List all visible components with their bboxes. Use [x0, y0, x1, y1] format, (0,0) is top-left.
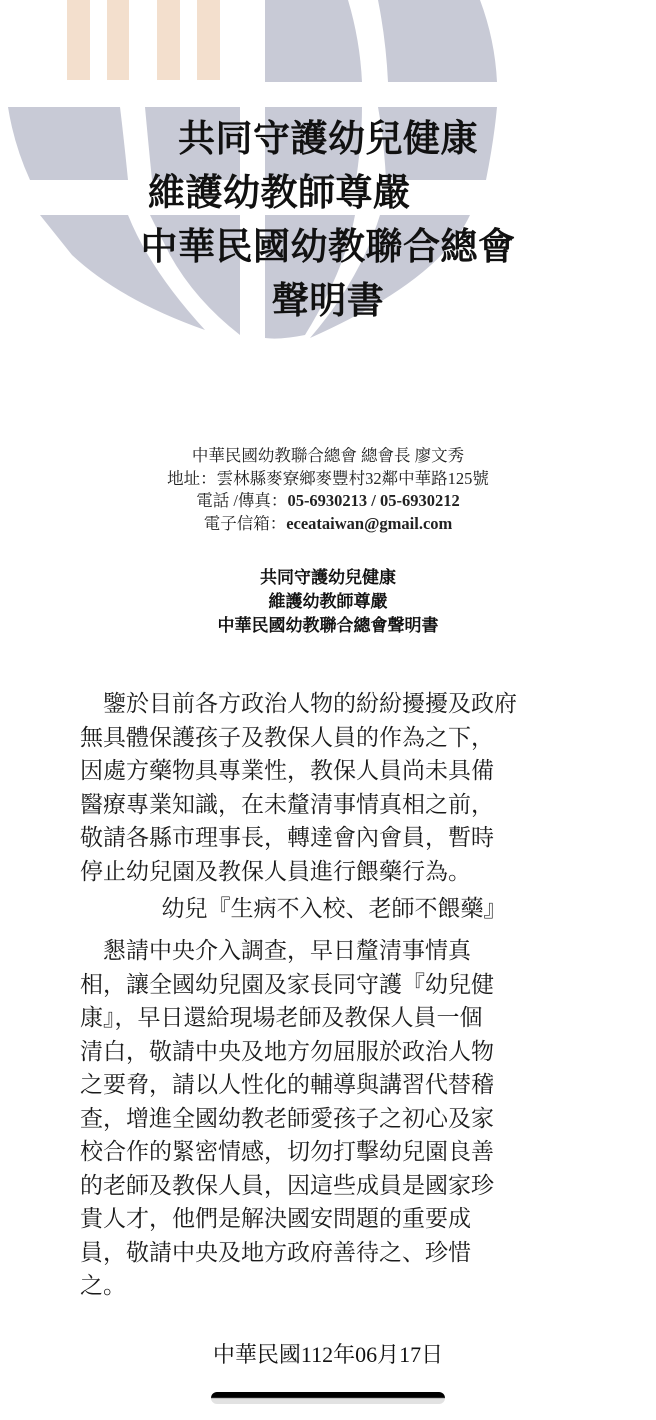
org-president-line: 中華民國幼教聯合總會 總會長 廖文秀 — [0, 445, 656, 468]
paragraph-line: 之。 — [80, 1270, 560, 1304]
paragraph-line: 的老師及教保人員，因這些成員是國家珍 — [80, 1170, 560, 1204]
contact-block: 中華民國幼教聯合總會 總會長 廖文秀 地址：雲林縣麥寮鄉麥豐村32鄰中華路125… — [0, 445, 656, 535]
phone-line: 電話 /傳真：05-6930213 / 05-6930212 — [0, 490, 656, 513]
paragraph-line: 相，讓全國幼兒園及家長同守護『幼兒健 — [80, 969, 560, 1003]
home-indicator-bar[interactable] — [211, 1392, 445, 1404]
paragraph-line: 之要脅，請以人性化的輔導與講習代替稽 — [80, 1069, 560, 1103]
phone-label: 電話 /傳真： — [196, 491, 287, 510]
subtitle-line-3: 中華民國幼教聯合總會聲明書 — [0, 614, 656, 638]
email-line: 電子信箱：eceataiwan@gmail.com — [0, 513, 656, 536]
address-value: 雲林縣麥寮鄉麥豐村32鄰中華路125號 — [217, 469, 489, 488]
address-line: 地址：雲林縣麥寮鄉麥豐村32鄰中華路125號 — [0, 468, 656, 491]
hero-title-line-2: 維護幼教師尊嚴 — [0, 166, 656, 220]
subtitle-line-2: 維護幼教師尊嚴 — [0, 590, 656, 614]
statement-date: 中華民國112年06月17日 — [0, 1340, 656, 1370]
paragraph-line: 因處方藥物具專業性，教保人員尚未具備 — [80, 755, 560, 789]
hero-title-line-4: 聲明書 — [0, 274, 656, 328]
hero-title-line-1: 共同守護幼兒健康 — [0, 112, 656, 166]
subtitle-line-1: 共同守護幼兒健康 — [0, 566, 656, 590]
paragraph-line: 康』，早日還給現場老師及教保人員一個 — [80, 1002, 560, 1036]
statement-paragraph-1: 鑒於目前各方政治人物的紛紛擾擾及政府 無具體保護孩子及教保人員的作為之下， 因處… — [80, 688, 560, 889]
slogan: 幼兒『生病不入校、老師不餵藥』 — [0, 893, 656, 926]
hero-title-line-3: 中華民國幼教聯合總會 — [0, 220, 656, 274]
email-label: 電子信箱： — [204, 514, 287, 533]
paragraph-line: 清白，敬請中央及地方勿屈服於政治人物 — [80, 1036, 560, 1070]
paragraph-line: 無具體保護孩子及教保人員的作為之下， — [80, 722, 560, 756]
phone-value: 05-6930213 / 05-6930212 — [287, 491, 459, 510]
logo-orange-strips — [67, 0, 220, 80]
paragraph-line: 懇請中央介入調查，早日釐清事情真 — [80, 935, 560, 969]
paragraph-line: 停止幼兒園及教保人員進行餵藥行為。 — [80, 856, 560, 890]
hero-title: 共同守護幼兒健康 維護幼教師尊嚴 中華民國幼教聯合總會 聲明書 — [0, 112, 656, 328]
paragraph-line: 敬請各縣市理事長，轉達會內會員，暫時 — [80, 822, 560, 856]
paragraph-line: 貴人才，他們是解決國安問題的重要成 — [80, 1203, 560, 1237]
statement-subtitle: 共同守護幼兒健康 維護幼教師尊嚴 中華民國幼教聯合總會聲明書 — [0, 566, 656, 638]
email-value: eceataiwan@gmail.com — [286, 514, 452, 533]
paragraph-line: 醫療專業知識，在未釐清事情真相之前， — [80, 789, 560, 823]
paragraph-line: 查，增進全國幼教老師愛孩子之初心及家 — [80, 1103, 560, 1137]
paragraph-line: 員，敬請中央及地方政府善待之、珍惜 — [80, 1237, 560, 1271]
address-label: 地址： — [167, 469, 217, 488]
paragraph-line: 鑒於目前各方政治人物的紛紛擾擾及政府 — [80, 688, 560, 722]
statement-paragraph-2: 懇請中央介入調查，早日釐清事情真 相，讓全國幼兒園及家長同守護『幼兒健 康』，早… — [80, 935, 560, 1304]
paragraph-line: 校合作的緊密情感，切勿打擊幼兒園良善 — [80, 1136, 560, 1170]
